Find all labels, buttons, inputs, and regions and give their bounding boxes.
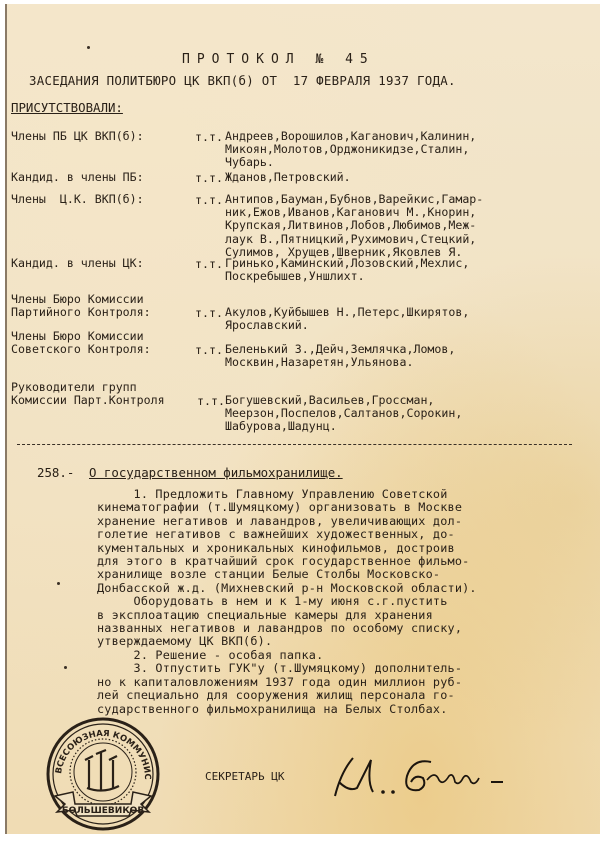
- comrades-prefix: т.т.: [195, 343, 223, 357]
- party-seal-stamp: ВСЕСОЮЗНАЯ КОММУНИСТИЧЕСКАЯ ПАРТИЯ БОЛЬШ…: [45, 716, 161, 832]
- attendance-names: Акулов,Куйбышев Н.,Петерс,Шкирятов, Ярос…: [225, 306, 469, 332]
- ink-speck: [87, 46, 90, 49]
- attendance-label: Кандид. в члены ПБ:: [11, 171, 144, 184]
- document-subtitle: ЗАСЕДАНИЯ ПОЛИТБЮРО ЦК ВКП(б) ОТ 17 ФЕВР…: [29, 73, 456, 88]
- attendance-names: Андреев,Ворошилов,Каганович,Калинин, Мик…: [225, 130, 476, 170]
- attendance-label: Члены ПБ ЦК ВКП(б):: [11, 130, 144, 143]
- comrades-prefix: т.т.: [195, 130, 223, 144]
- attendance-names: Гринько,Каминский,Лозовский,Мехлис, Поск…: [225, 257, 469, 283]
- section-divider: [17, 444, 572, 445]
- item-title: О государственном фильмохранилище.: [89, 465, 343, 480]
- ink-speck: [64, 666, 67, 669]
- svg-text:ВСЕСОЮЗНАЯ КОММУНИСТИЧЕСКАЯ ПА: ВСЕСОЮЗНАЯ КОММУНИСТИЧЕСКАЯ ПАРТИЯ: [45, 716, 152, 780]
- attendance-label: Члены Бюро Комиссии Советского Контроля:: [11, 330, 151, 356]
- attendance-names: Беленький З.,Дейч,Землячка,Ломов, Москви…: [225, 343, 455, 369]
- signature: [327, 752, 527, 802]
- attendance-names: Антипов,Бауман,Бубнов,Варейкис,Гамар- ни…: [225, 193, 483, 259]
- attendance-label: Члены Ц.К. ВКП(б):: [11, 193, 144, 206]
- attendance-label: Кандид. в члены ЦК:: [11, 257, 144, 270]
- comrades-prefix: т.т.: [195, 257, 223, 271]
- comrades-prefix: т.т.: [195, 193, 223, 207]
- attendance-label: Члены Бюро Комиссии Партийного Контроля:: [11, 293, 151, 319]
- stamp-ribbon-text: БОЛЬШЕВИКОВ: [62, 806, 145, 816]
- secretary-label: СЕКРЕТАРЬ ЦК: [205, 770, 284, 783]
- attendance-names: Богушевский,Васильев,Гроссман, Меерзон,П…: [225, 394, 462, 434]
- document-page: ПРОТОКОЛ № 45 ЗАСЕДАНИЯ ПОЛИТБЮРО ЦК ВКП…: [5, 4, 600, 834]
- item-body: 1. Предложить Главному Управлению Советс…: [97, 488, 477, 716]
- ink-speck: [57, 582, 60, 585]
- present-heading: ПРИСУТСТВОВАЛИ:: [11, 100, 123, 115]
- comrades-prefix: т.т.: [195, 306, 223, 320]
- item-number: 258.-: [37, 465, 74, 480]
- attendance-names: Жданов,Петровский.: [225, 171, 351, 184]
- stamp-outer-text: ВСЕСОЮЗНАЯ КОММУНИСТИЧЕСКАЯ ПАРТИЯ: [45, 716, 152, 780]
- document-title: ПРОТОКОЛ № 45: [182, 52, 375, 67]
- comrades-prefix: т.т.: [195, 171, 223, 185]
- comrades-prefix: т.т.: [197, 394, 225, 408]
- attendance-label: Руководители групп Комиссии Парт.Контрол…: [11, 381, 165, 407]
